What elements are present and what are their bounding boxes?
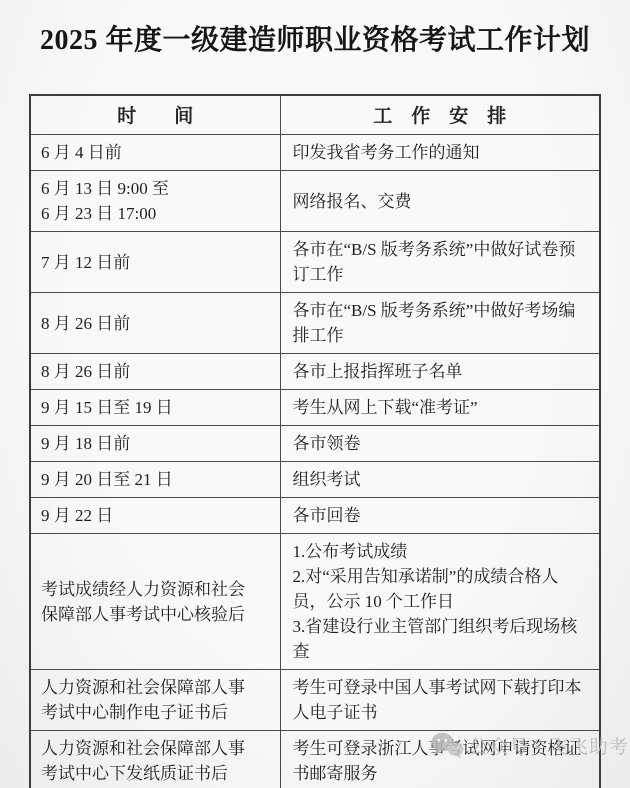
- document-title: 2025 年度一级建造师职业资格考试工作计划: [0, 0, 630, 58]
- time-cell: 人力资源和社会保障部人事考试中心下发纸质证书后: [30, 731, 280, 788]
- table-row: 9 月 22 日各市回卷: [30, 498, 600, 534]
- task-cell: 1.公布考试成绩 2.对“采用告知承诺制”的成绩合格人员，公示 10 个工作日 …: [280, 534, 600, 670]
- schedule-table: 时 间 工 作 安 排 6 月 4 日前印发我省考务工作的通知6 月 13 日 …: [29, 94, 601, 788]
- time-cell: 考试成绩经人力资源和社会保障部人事考试中心核验后: [30, 534, 280, 670]
- task-cell: 网络报名、交费: [280, 171, 600, 232]
- task-cell: 各市上报指挥班子名单: [280, 354, 600, 390]
- time-cell: 9 月 20 日至 21 日: [30, 462, 280, 498]
- time-cell: 9 月 18 日前: [30, 426, 280, 462]
- table-row: 6 月 4 日前印发我省考务工作的通知: [30, 135, 600, 171]
- task-cell: 各市在“B/S 版考务系统”中做好考场编排工作: [280, 293, 600, 354]
- time-cell: 9 月 22 日: [30, 498, 280, 534]
- time-cell: 9 月 15 日至 19 日: [30, 390, 280, 426]
- table-row: 9 月 15 日至 19 日考生从网上下载“准考证”: [30, 390, 600, 426]
- table-row: 9 月 20 日至 21 日组织考试: [30, 462, 600, 498]
- document-page: 2025 年度一级建造师职业资格考试工作计划 时 间 工 作 安 排 6 月 4…: [0, 0, 630, 788]
- task-cell: 各市领卷: [280, 426, 600, 462]
- time-cell: 8 月 26 日前: [30, 354, 280, 390]
- column-header-time: 时 间: [30, 95, 280, 135]
- table-row: 7 月 12 日前各市在“B/S 版考务系统”中做好试卷预订工作: [30, 232, 600, 293]
- column-header-task: 工 作 安 排: [280, 95, 600, 135]
- task-cell: 考生可登录浙江人事考试网申请资格证书邮寄服务: [280, 731, 600, 788]
- table-body: 6 月 4 日前印发我省考务工作的通知6 月 13 日 9:00 至 6 月 2…: [30, 135, 600, 788]
- table-row: 9 月 18 日前各市领卷: [30, 426, 600, 462]
- table-row: 8 月 26 日前各市上报指挥班子名单: [30, 354, 600, 390]
- task-cell: 考生从网上下载“准考证”: [280, 390, 600, 426]
- time-cell: 7 月 12 日前: [30, 232, 280, 293]
- table-header-row: 时 间 工 作 安 排: [30, 95, 600, 135]
- time-cell: 6 月 13 日 9:00 至 6 月 23 日 17:00: [30, 171, 280, 232]
- task-cell: 考生可登录中国人事考试网下载打印本人电子证书: [280, 670, 600, 731]
- task-cell: 组织考试: [280, 462, 600, 498]
- task-cell: 印发我省考务工作的通知: [280, 135, 600, 171]
- table-row: 8 月 26 日前各市在“B/S 版考务系统”中做好考场编排工作: [30, 293, 600, 354]
- table-row: 6 月 13 日 9:00 至 6 月 23 日 17:00网络报名、交费: [30, 171, 600, 232]
- task-cell: 各市在“B/S 版考务系统”中做好试卷预订工作: [280, 232, 600, 293]
- table-row: 考试成绩经人力资源和社会保障部人事考试中心核验后1.公布考试成绩 2.对“采用告…: [30, 534, 600, 670]
- time-cell: 6 月 4 日前: [30, 135, 280, 171]
- task-cell: 各市回卷: [280, 498, 600, 534]
- time-cell: 8 月 26 日前: [30, 293, 280, 354]
- table-row: 人力资源和社会保障部人事考试中心制作电子证书后考生可登录中国人事考试网下载打印本…: [30, 670, 600, 731]
- table-row: 人力资源和社会保障部人事考试中心下发纸质证书后考生可登录浙江人事考试网申请资格证…: [30, 731, 600, 788]
- time-cell: 人力资源和社会保障部人事考试中心制作电子证书后: [30, 670, 280, 731]
